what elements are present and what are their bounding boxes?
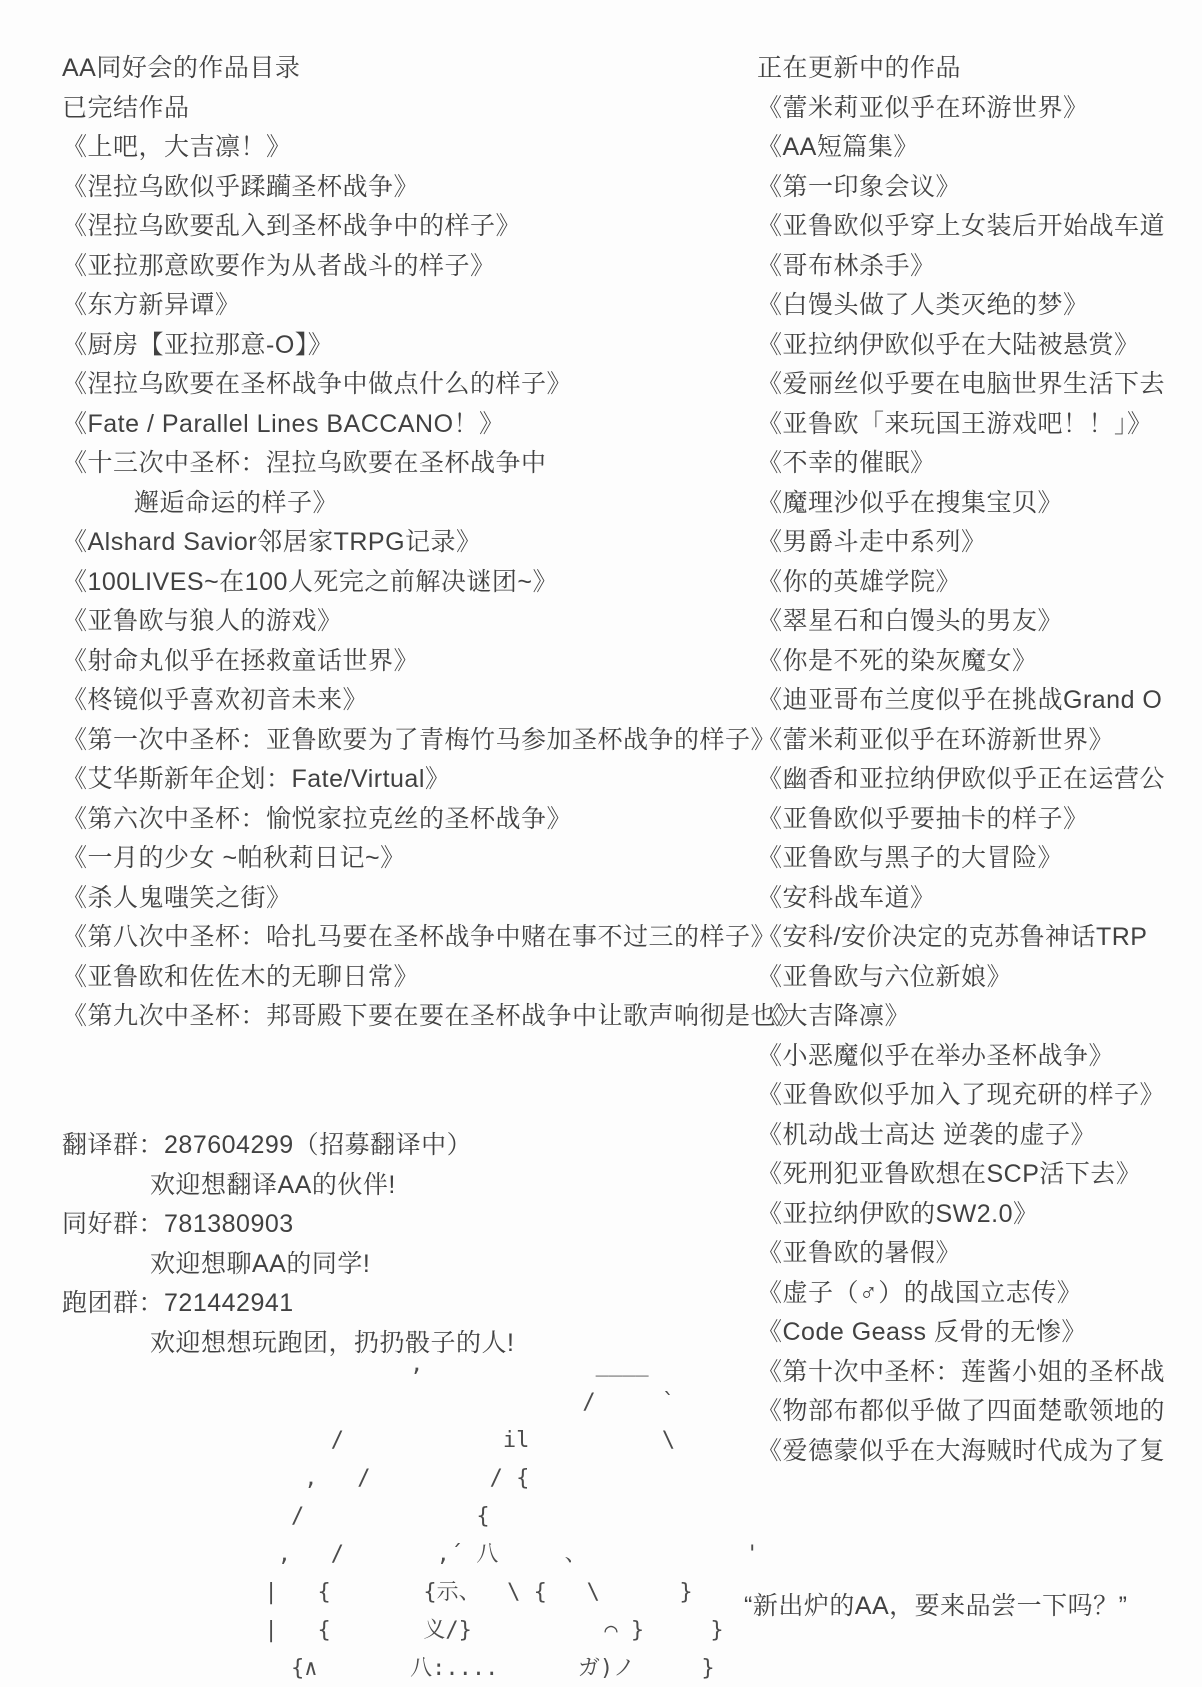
work-title: 《一月的少女 ~帕秋莉日记~》 (62, 839, 802, 879)
work-title: 《亚鲁欧和佐佐木的无聊日常》 (62, 958, 802, 998)
group-number: 721442941 (164, 1289, 294, 1317)
work-title: 《爱德蒙似乎在大海贼时代成为了复 (757, 1432, 1202, 1472)
group-label: 同好群： (62, 1210, 164, 1238)
work-title: 《亚鲁欧与狼人的游戏》 (62, 602, 802, 642)
work-title: 《亚拉那意欧要作为从者战斗的样子》 (62, 247, 802, 287)
work-title: 《Code Geass 反骨的无惨》 (757, 1313, 1202, 1353)
work-title: 《虚子（♂）的战国立志传》 (757, 1274, 1202, 1314)
right-column: 正在更新中的作品 《蕾米莉亚似乎在环游世界》 《AA短篇集》 《第一印象会议》 … (757, 49, 1202, 1471)
work-title: 《亚鲁欧似乎穿上女装后开始战车道 (757, 207, 1202, 247)
work-title: 《柊镜似乎喜欢初音未来》 (62, 681, 802, 721)
work-title: 《涅拉乌欧要乱入到圣杯战争中的样子》 (62, 207, 802, 247)
work-title: 《Fate / Parallel Lines BACCANO！》 (62, 405, 802, 445)
work-title: 《亚鲁欧「来玩国王游戏吧！！」》 (757, 405, 1202, 445)
work-title: 《亚鲁欧似乎加入了现充研的样子》 (757, 1076, 1202, 1116)
work-title: 《东方新异谭》 (62, 286, 802, 326)
group-line: 跑团群：721442941 (62, 1284, 514, 1324)
group-suffix: （招募翻译中） (294, 1131, 473, 1159)
work-title: 《白馒头做了人类灭绝的梦》 (757, 286, 1202, 326)
work-title: 《100LIVES~在100人死完之前解决谜团~》 (62, 563, 802, 603)
work-title: 《上吧，大吉凛！》 (62, 128, 802, 168)
work-title: 邂逅命运的样子》 (62, 484, 802, 524)
quote-text: “新出炉的AA，要来品尝一下吗？” (744, 1586, 1128, 1622)
work-title: 《不幸的催眠》 (757, 444, 1202, 484)
work-title: 《第一印象会议》 (757, 168, 1202, 208)
work-title: 《亚鲁欧似乎要抽卡的样子》 (757, 800, 1202, 840)
completed-works-list: 《上吧，大吉凛！》 《涅拉乌欧似乎蹂躏圣杯战争》 《涅拉乌欧要乱入到圣杯战争中的… (62, 128, 802, 1037)
work-title: 《亚拉纳伊欧的SW2.0》 (757, 1195, 1202, 1235)
work-title: 《爱丽丝似乎要在电脑世界生活下去 (757, 365, 1202, 405)
work-title: 《亚拉纳伊欧似乎在大陆被悬赏》 (757, 326, 1202, 366)
work-title: 《蕾米莉亚似乎在环游新世界》 (757, 721, 1202, 761)
work-title: 《第一次中圣杯：亚鲁欧要为了青梅竹马参加圣杯战争的样子》 (62, 721, 802, 761)
work-title: 《魔理沙似乎在搜集宝贝》 (757, 484, 1202, 524)
work-title: 《翠星石和白馒头的男友》 (757, 602, 1202, 642)
work-title: 《男爵斗走中系列》 (757, 523, 1202, 563)
work-title: 《安科/安价决定的克苏鲁神话TRP (757, 918, 1202, 958)
work-title: 《AA短篇集》 (757, 128, 1202, 168)
work-title: 《幽香和亚拉纳伊欧似乎正在运营公 (757, 760, 1202, 800)
work-title: 《小恶魔似乎在举办圣杯战争》 (757, 1037, 1202, 1077)
group-line: 翻译群：287604299（招募翻译中） (62, 1126, 514, 1166)
work-title: 《机动战士高达 逆袭的虚子》 (757, 1116, 1202, 1156)
work-title: 《Alshard Savior邻居家TRPG记录》 (62, 523, 802, 563)
work-title: 《亚鲁欧的暑假》 (757, 1234, 1202, 1274)
group-line: 同好群：781380903 (62, 1205, 514, 1245)
work-title: 《第十次中圣杯：莲酱小姐的圣杯战 (757, 1353, 1202, 1393)
work-title: 《大吉降凛》 (757, 997, 1202, 1037)
work-title: 《厨房【亚拉那意-O】》 (62, 326, 802, 366)
work-title: 《死刑犯亚鲁欧想在SCP活下去》 (757, 1155, 1202, 1195)
group-label: 翻译群： (62, 1131, 164, 1159)
work-title: 《射命丸似乎在拯救童话世界》 (62, 642, 802, 682)
updating-works-heading: 正在更新中的作品 (757, 49, 1202, 89)
work-title: 《涅拉乌欧要在圣杯战争中做点什么的样子》 (62, 365, 802, 405)
credits-page: AA同好会的作品目录 已完结作品 《上吧，大吉凛！》 《涅拉乌欧似乎蹂躏圣杯战争… (0, 0, 1202, 1687)
left-column-title: AA同好会的作品目录 (62, 49, 802, 89)
group-entry: 同好群：781380903 欢迎想聊AA的同学! (62, 1205, 514, 1284)
work-title: 《物部布都似乎做了四面楚歌领地的 (757, 1392, 1202, 1432)
work-title: 《亚鲁欧与黑子的大冒险》 (757, 839, 1202, 879)
left-column: AA同好会的作品目录 已完结作品 《上吧，大吉凛！》 《涅拉乌欧似乎蹂躏圣杯战争… (62, 49, 802, 1037)
updating-works-list: 《蕾米莉亚似乎在环游世界》 《AA短篇集》 《第一印象会议》 《亚鲁欧似乎穿上女… (757, 89, 1202, 1472)
work-title: 《艾华斯新年企划：Fate/Virtual》 (62, 760, 802, 800)
work-title: 《亚鲁欧与六位新娘》 (757, 958, 1202, 998)
work-title: 《哥布林杀手》 (757, 247, 1202, 287)
contact-groups: 翻译群：287604299（招募翻译中） 欢迎想翻译AA的伙伴! 同好群：781… (62, 1126, 514, 1363)
group-label: 跑团群： (62, 1289, 164, 1317)
work-title: 《蕾米莉亚似乎在环游世界》 (757, 89, 1202, 129)
group-note: 欢迎想翻译AA的伙伴! (62, 1166, 514, 1206)
work-title: 《十三次中圣杯：涅拉乌欧要在圣杯战争中 (62, 444, 802, 484)
group-entry: 翻译群：287604299（招募翻译中） 欢迎想翻译AA的伙伴! (62, 1126, 514, 1205)
work-title: 《你是不死的染灰魔女》 (757, 642, 1202, 682)
work-title: 《迪亚哥布兰度似乎在挑战Grand O (757, 681, 1202, 721)
work-title: 《杀人鬼嗤笑之街》 (62, 879, 802, 919)
work-title: 《第六次中圣杯：愉悦家拉克丝的圣杯战争》 (62, 800, 802, 840)
ascii-art-figure: , ____ / ` / il \ , / / { / { , / ,´ 八 、… (238, 1346, 759, 1687)
group-number: 781380903 (164, 1210, 294, 1238)
group-number: 287604299 (164, 1131, 294, 1159)
work-title: 《你的英雄学院》 (757, 563, 1202, 603)
work-title: 《第九次中圣杯：邦哥殿下要在要在圣杯战争中让歌声响彻是也》 (62, 997, 802, 1037)
work-title: 《安科战车道》 (757, 879, 1202, 919)
work-title: 《涅拉乌欧似乎蹂躏圣杯战争》 (62, 168, 802, 208)
group-note: 欢迎想聊AA的同学! (62, 1245, 514, 1285)
completed-works-heading: 已完结作品 (62, 89, 802, 129)
work-title: 《第八次中圣杯：哈扎马要在圣杯战争中赌在事不过三的样子》 (62, 918, 802, 958)
